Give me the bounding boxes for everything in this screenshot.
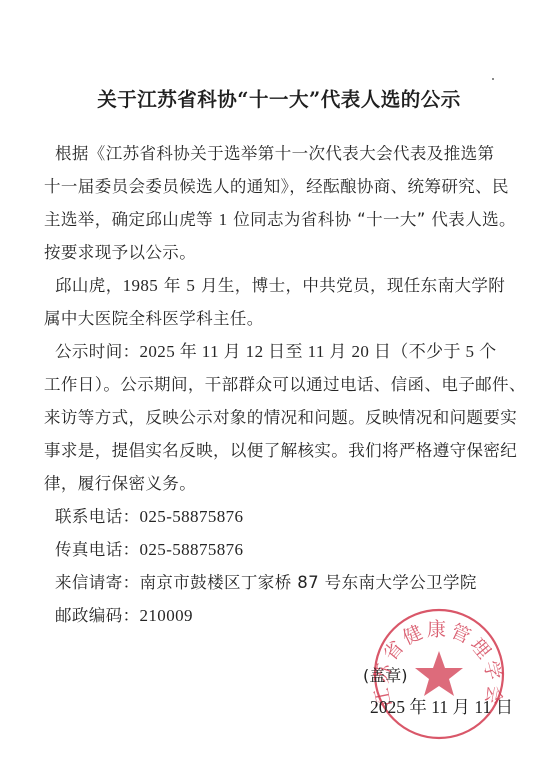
paragraph-1-line-4: 按要求现予以公示。 — [44, 242, 196, 264]
issue-date: 2025 年 11 月 11 日 — [370, 694, 513, 719]
notice-page: 关于江苏省科协“十一大”代表人选的公示 根据《江苏省科协关于选举第十一次代表大会… — [0, 0, 558, 762]
paragraph-2-line-2: 属中大医院全科医学科主任。 — [44, 308, 264, 330]
contact-fax-label: 传真电话： — [55, 539, 140, 561]
paragraph-3-line-5: 律，履行保密义务。 — [44, 473, 196, 495]
candidate-name: 邱山虎， — [55, 276, 123, 295]
paragraph-1-count: 1 — [219, 210, 228, 229]
contact-fax-value: 025-58875876 — [140, 540, 244, 559]
paragraph-3-line-2: 工作日）。公示期间，干部群众可以通过电话、信函、电子邮件、 — [44, 374, 526, 396]
paragraph-2-text-c: 月生，博士，中共党员，现任东南大学附 — [195, 276, 505, 295]
paragraph-1-line-1: 根据《江苏省科协关于选举第十一次代表大会代表及推选第 — [55, 143, 494, 165]
paragraph-1-line-3: 主选举，确定邱山虎等 1 位同志为省科协 “十一大” 代表人选。 — [44, 209, 516, 231]
birth-year: 1985 — [123, 276, 159, 295]
seal-label: (盖章) — [363, 663, 408, 686]
contact-mail-address: 来信请寄：南京市鼓楼区丁家桥 87 号东南大学公卫学院 — [55, 572, 477, 594]
paragraph-1-line-2: 十一届委员会委员候选人的通知》，经酝酿协商、统筹研究、民 — [44, 176, 509, 198]
contact-mail-value: 南京市鼓楼区丁家桥 87 号东南大学公卫学院 — [140, 573, 477, 592]
paragraph-3-line-3: 来访等方式，反映公示对象的情况和问题。反映情况和问题要实 — [44, 407, 517, 429]
contact-fax: 传真电话：025-58875876 — [55, 539, 243, 561]
contact-mail-label: 来信请寄： — [55, 572, 140, 594]
contact-phone-value: 025-58875876 — [140, 507, 244, 526]
contact-phone: 联系电话：025-58875876 — [55, 506, 243, 528]
paragraph-2-text-b: 年 — [158, 276, 186, 295]
document-title: 关于江苏省科协“十一大”代表人选的公示 — [0, 84, 558, 112]
paragraph-1-line-3-b: 位同志为省科协 “十一大” 代表人选。 — [228, 210, 516, 229]
paragraph-1-line-3-a: 主选举，确定邱山虎等 — [44, 210, 219, 229]
contact-postcode-value: 210009 — [140, 606, 193, 625]
issue-date-text: 2025 年 11 月 11 日 — [370, 697, 513, 717]
contact-postcode: 邮政编码：210009 — [55, 605, 193, 627]
contact-phone-label: 联系电话： — [55, 506, 140, 528]
paragraph-3-line-1: 公示时间：2025 年 11 月 12 日至 11 月 20 日（不少于 5 个 — [55, 341, 497, 363]
scan-speck — [492, 78, 494, 80]
contact-postcode-label: 邮政编码： — [55, 605, 140, 627]
paragraph-2-line-1: 邱山虎，1985 年 5 月生，博士，中共党员，现任东南大学附 — [55, 275, 505, 297]
birth-month: 5 — [186, 276, 195, 295]
notice-period-dates: 2025 年 11 月 12 日至 11 月 20 日（不少于 5 个 — [140, 342, 497, 361]
notice-period-label: 公示时间： — [55, 342, 140, 361]
paragraph-3-line-4: 事求是，提倡实名反映，以便了解核实。我们将严格遵守保密纪 — [44, 440, 517, 462]
